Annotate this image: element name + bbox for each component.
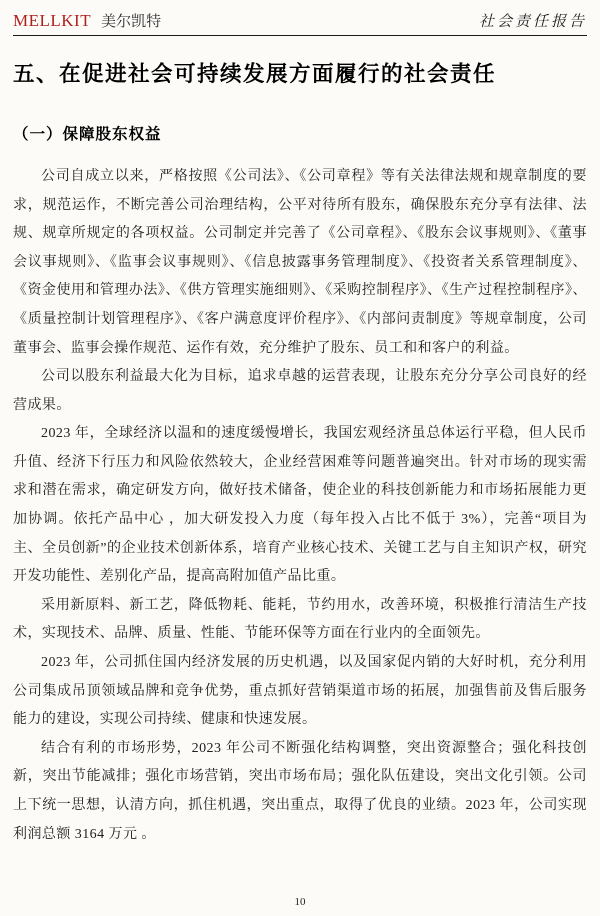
body-content: 公司自成立以来，严格按照《公司法》、《公司章程》等有关法律法规和规章制度的要求，… (13, 163, 587, 849)
page-number: 10 (295, 896, 306, 908)
paragraph-clean-production: 采用新原料、新工艺，降低物耗、能耗，节约用水，改善环境，积极推行清洁生产技术，实… (13, 592, 587, 649)
paragraph-2023-economy-rnd: 2023 年，全球经济以温和的速度缓慢增长，我国宏观经济虽总体运行平稳，但人民币… (13, 420, 587, 592)
subsection-title: （一）保障股东权益 (13, 122, 587, 144)
page-header: MELLKIT 美尔凯特 社会责任报告 (13, 8, 587, 31)
page-footer: 10 (0, 892, 600, 910)
brand: MELLKIT 美尔凯特 (13, 10, 161, 31)
report-page: MELLKIT 美尔凯特 社会责任报告 五、在促进社会可持续发展方面履行的社会责… (0, 0, 600, 916)
brand-logo-text: MELLKIT (13, 11, 91, 30)
paragraph-shareholder-rights: 公司自成立以来，严格按照《公司法》、《公司章程》等有关法律法规和规章制度的要求，… (13, 163, 587, 363)
paragraph-market-expansion: 2023 年，公司抓住国内经济发展的历史机遇，以及国家促内销的大好时机，充分利用… (13, 649, 587, 735)
header-divider (13, 35, 587, 36)
section-title: 五、在促进社会可持续发展方面履行的社会责任 (13, 61, 587, 89)
paragraph-shareholder-interest: 公司以股东利益最大化为目标，追求卓越的运营表现，让股东充分分享公司良好的经营成果… (13, 363, 587, 420)
brand-name-cn: 美尔凯特 (101, 14, 161, 30)
header-doc-title: 社会责任报告 (479, 10, 587, 31)
page-inner: MELLKIT 美尔凯特 社会责任报告 五、在促进社会可持续发展方面履行的社会责… (0, 0, 600, 849)
paragraph-2023-results: 结合有利的市场形势，2023 年公司不断强化结构调整，突出资源整合；强化科技创新… (13, 735, 587, 849)
